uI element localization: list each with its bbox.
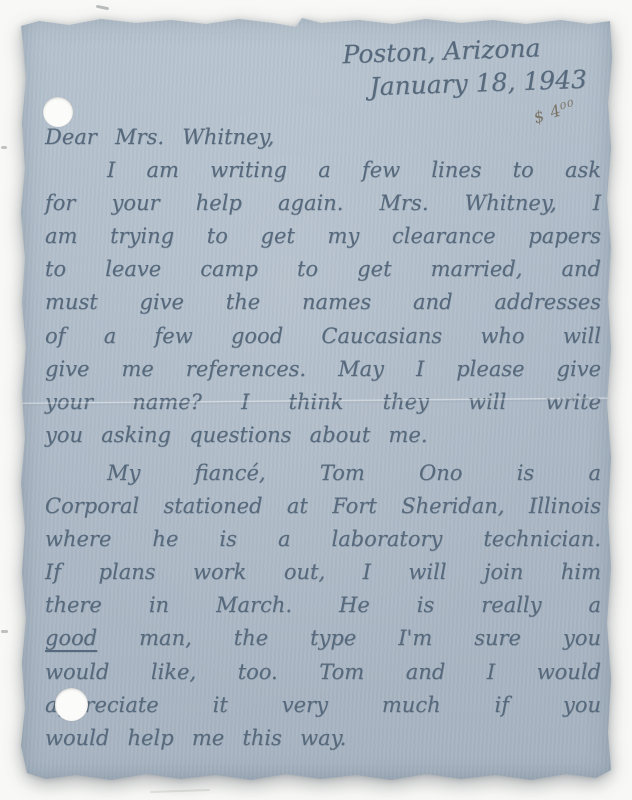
scan-background: Poston, Arizona January 18, 1943 $ 4⁰⁰ D… — [0, 0, 632, 800]
letter-line: for your help again. Mrs. Whitney, I — [45, 188, 601, 221]
paper-sheet: Poston, Arizona January 18, 1943 $ 4⁰⁰ D… — [21, 18, 612, 782]
letter-header: Poston, Arizona January 18, 1943 — [342, 32, 587, 102]
letter-line: there in March. He is really a — [45, 590, 601, 623]
letter-line: to leave camp to get married, and — [45, 254, 601, 287]
letter-line: would like, too. Tom and I would — [45, 657, 601, 690]
letter-date: January 18, 1943 — [369, 65, 587, 102]
letter-paper: Poston, Arizona January 18, 1943 $ 4⁰⁰ D… — [21, 18, 612, 782]
underlined-word: good — [45, 626, 97, 650]
letter-line: would help me this way. — [45, 723, 601, 756]
punch-hole-bottom — [55, 688, 88, 721]
letter-line: Corporal stationed at Fort Sheridan, Ill… — [45, 491, 601, 524]
letter-line: where he is a laboratory technician. — [45, 524, 601, 557]
letter-place: Poston, Arizona — [342, 32, 586, 69]
punch-hole-top — [43, 97, 73, 127]
letter-line: appreciate it very much if you — [45, 690, 601, 723]
letter-line: My fiancé, Tom Ono is a — [45, 458, 601, 491]
scan-artifact — [1, 146, 7, 149]
letter-line: I am writing a few lines to ask — [45, 155, 601, 188]
letter-line: If plans work out, I will join him — [45, 557, 601, 590]
scan-artifact — [150, 789, 210, 793]
scan-artifact — [1, 630, 8, 633]
letter-line: good man, the type I'm sure you — [45, 623, 601, 656]
scan-artifact — [96, 5, 109, 11]
letter-body: Dear Mrs. Whitney,I am writing a few lin… — [45, 122, 601, 756]
letter-line: you asking questions about me. — [45, 420, 601, 453]
letter-line: must give the names and addresses — [45, 287, 601, 320]
letter-line: of a few good Caucasians who will — [45, 321, 601, 354]
letter-line: am trying to get my clearance papers — [45, 221, 601, 254]
letter-line: Dear Mrs. Whitney, — [45, 122, 601, 155]
letter-line: give me references. May I please give — [45, 354, 601, 387]
